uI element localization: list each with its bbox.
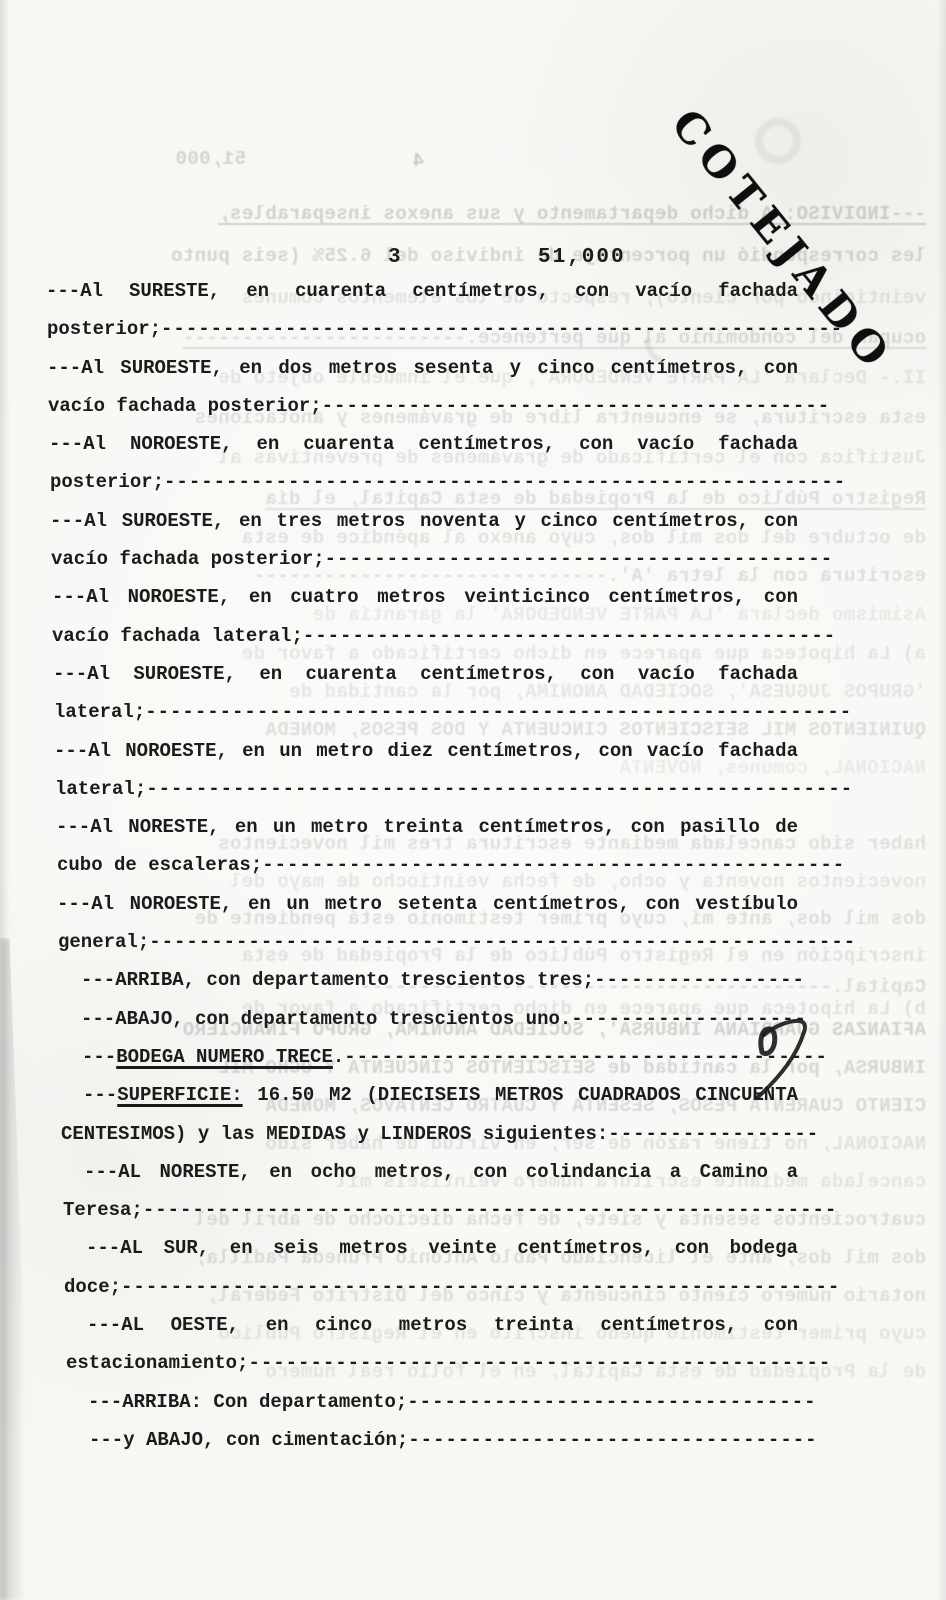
document-line: ---ARRIBA: Con departamento;------------… — [66, 1383, 798, 1421]
page-number: 3 — [388, 246, 403, 269]
document-line: ---Al SUROESTE, en dos metros sesenta y … — [47, 349, 798, 387]
scan-right-edge-shadow — [937, 0, 946, 1600]
document-line: vacío fachada posterior;----------------… — [48, 387, 798, 425]
document-line: posterior;------------------------------… — [50, 463, 798, 501]
document-line: lateral;--------------------------------… — [55, 770, 798, 808]
document-line: ---Al NOROESTE, en un metro setenta cent… — [57, 885, 798, 923]
document-line: ---Al NOROESTE, en cuarenta centímetros,… — [49, 425, 798, 463]
document-body: ---Al SURESTE, en cuarenta centímetros, … — [46, 272, 798, 1459]
document-line: ---Al SURESTE, en cuarenta centímetros, … — [46, 272, 798, 310]
document-line: cubo de escaleras;----------------------… — [57, 846, 798, 884]
document-line: ---Al SUROESTE, en cuarenta centímetros,… — [53, 655, 798, 693]
document-line: ---AL SUR, en seis metros veinte centíme… — [64, 1229, 798, 1267]
ghost-stamp-ring — [755, 118, 801, 164]
scanned-document-page: 51,0004---INDIVISO: A dicho departamento… — [0, 0, 946, 1600]
document-number: 51,000 — [538, 246, 626, 269]
document-line: lateral;--------------------------------… — [54, 693, 798, 731]
scan-corner-shadow — [0, 938, 34, 1600]
document-line: ---Al SUROESTE, en tres metros noventa y… — [50, 502, 798, 540]
bleedthrough-line: 4 — [412, 150, 424, 172]
document-line: vacío fachada lateral;------------------… — [52, 617, 798, 655]
document-line: ---SUPERFICIE: 16.50 M2 (DIECISEIS METRO… — [61, 1076, 798, 1114]
document-line: ---Al NORESTE, en un metro treinta centí… — [56, 808, 798, 846]
document-line: doce;-----------------------------------… — [64, 1268, 798, 1306]
bleedthrough-line: ---INDIVISO: A dicho departamento y sus … — [218, 203, 926, 225]
document-line: ---y ABAJO, con cimentación;------------… — [67, 1421, 798, 1459]
document-line: ---AL NORESTE, en ocho metros, con colin… — [62, 1153, 798, 1191]
bleedthrough-line: 51,000 — [175, 148, 246, 170]
document-line: Teresa;---------------------------------… — [63, 1191, 798, 1229]
document-line: CENTESIMOS) y las MEDIDAS y LINDEROS sig… — [61, 1115, 798, 1153]
document-line: ---AL OESTE, en cinco metros treinta cen… — [65, 1306, 798, 1344]
document-line: ---BODEGA NUMERO TRECE.-----------------… — [60, 1038, 798, 1076]
document-line: estacionamiento;------------------------… — [66, 1344, 798, 1382]
document-line: vacío fachada posterior;----------------… — [51, 540, 798, 578]
document-line: ---Al NOROESTE, en un metro diez centíme… — [54, 732, 798, 770]
document-line: ---ARRIBA, con departamento trescientos … — [59, 961, 798, 999]
document-line: ---Al NOROESTE, en cuatro metros veintic… — [52, 578, 798, 616]
document-line: general;--------------------------------… — [58, 923, 798, 961]
document-line: ---ABAJO, con departamento trescientos u… — [59, 1000, 798, 1038]
